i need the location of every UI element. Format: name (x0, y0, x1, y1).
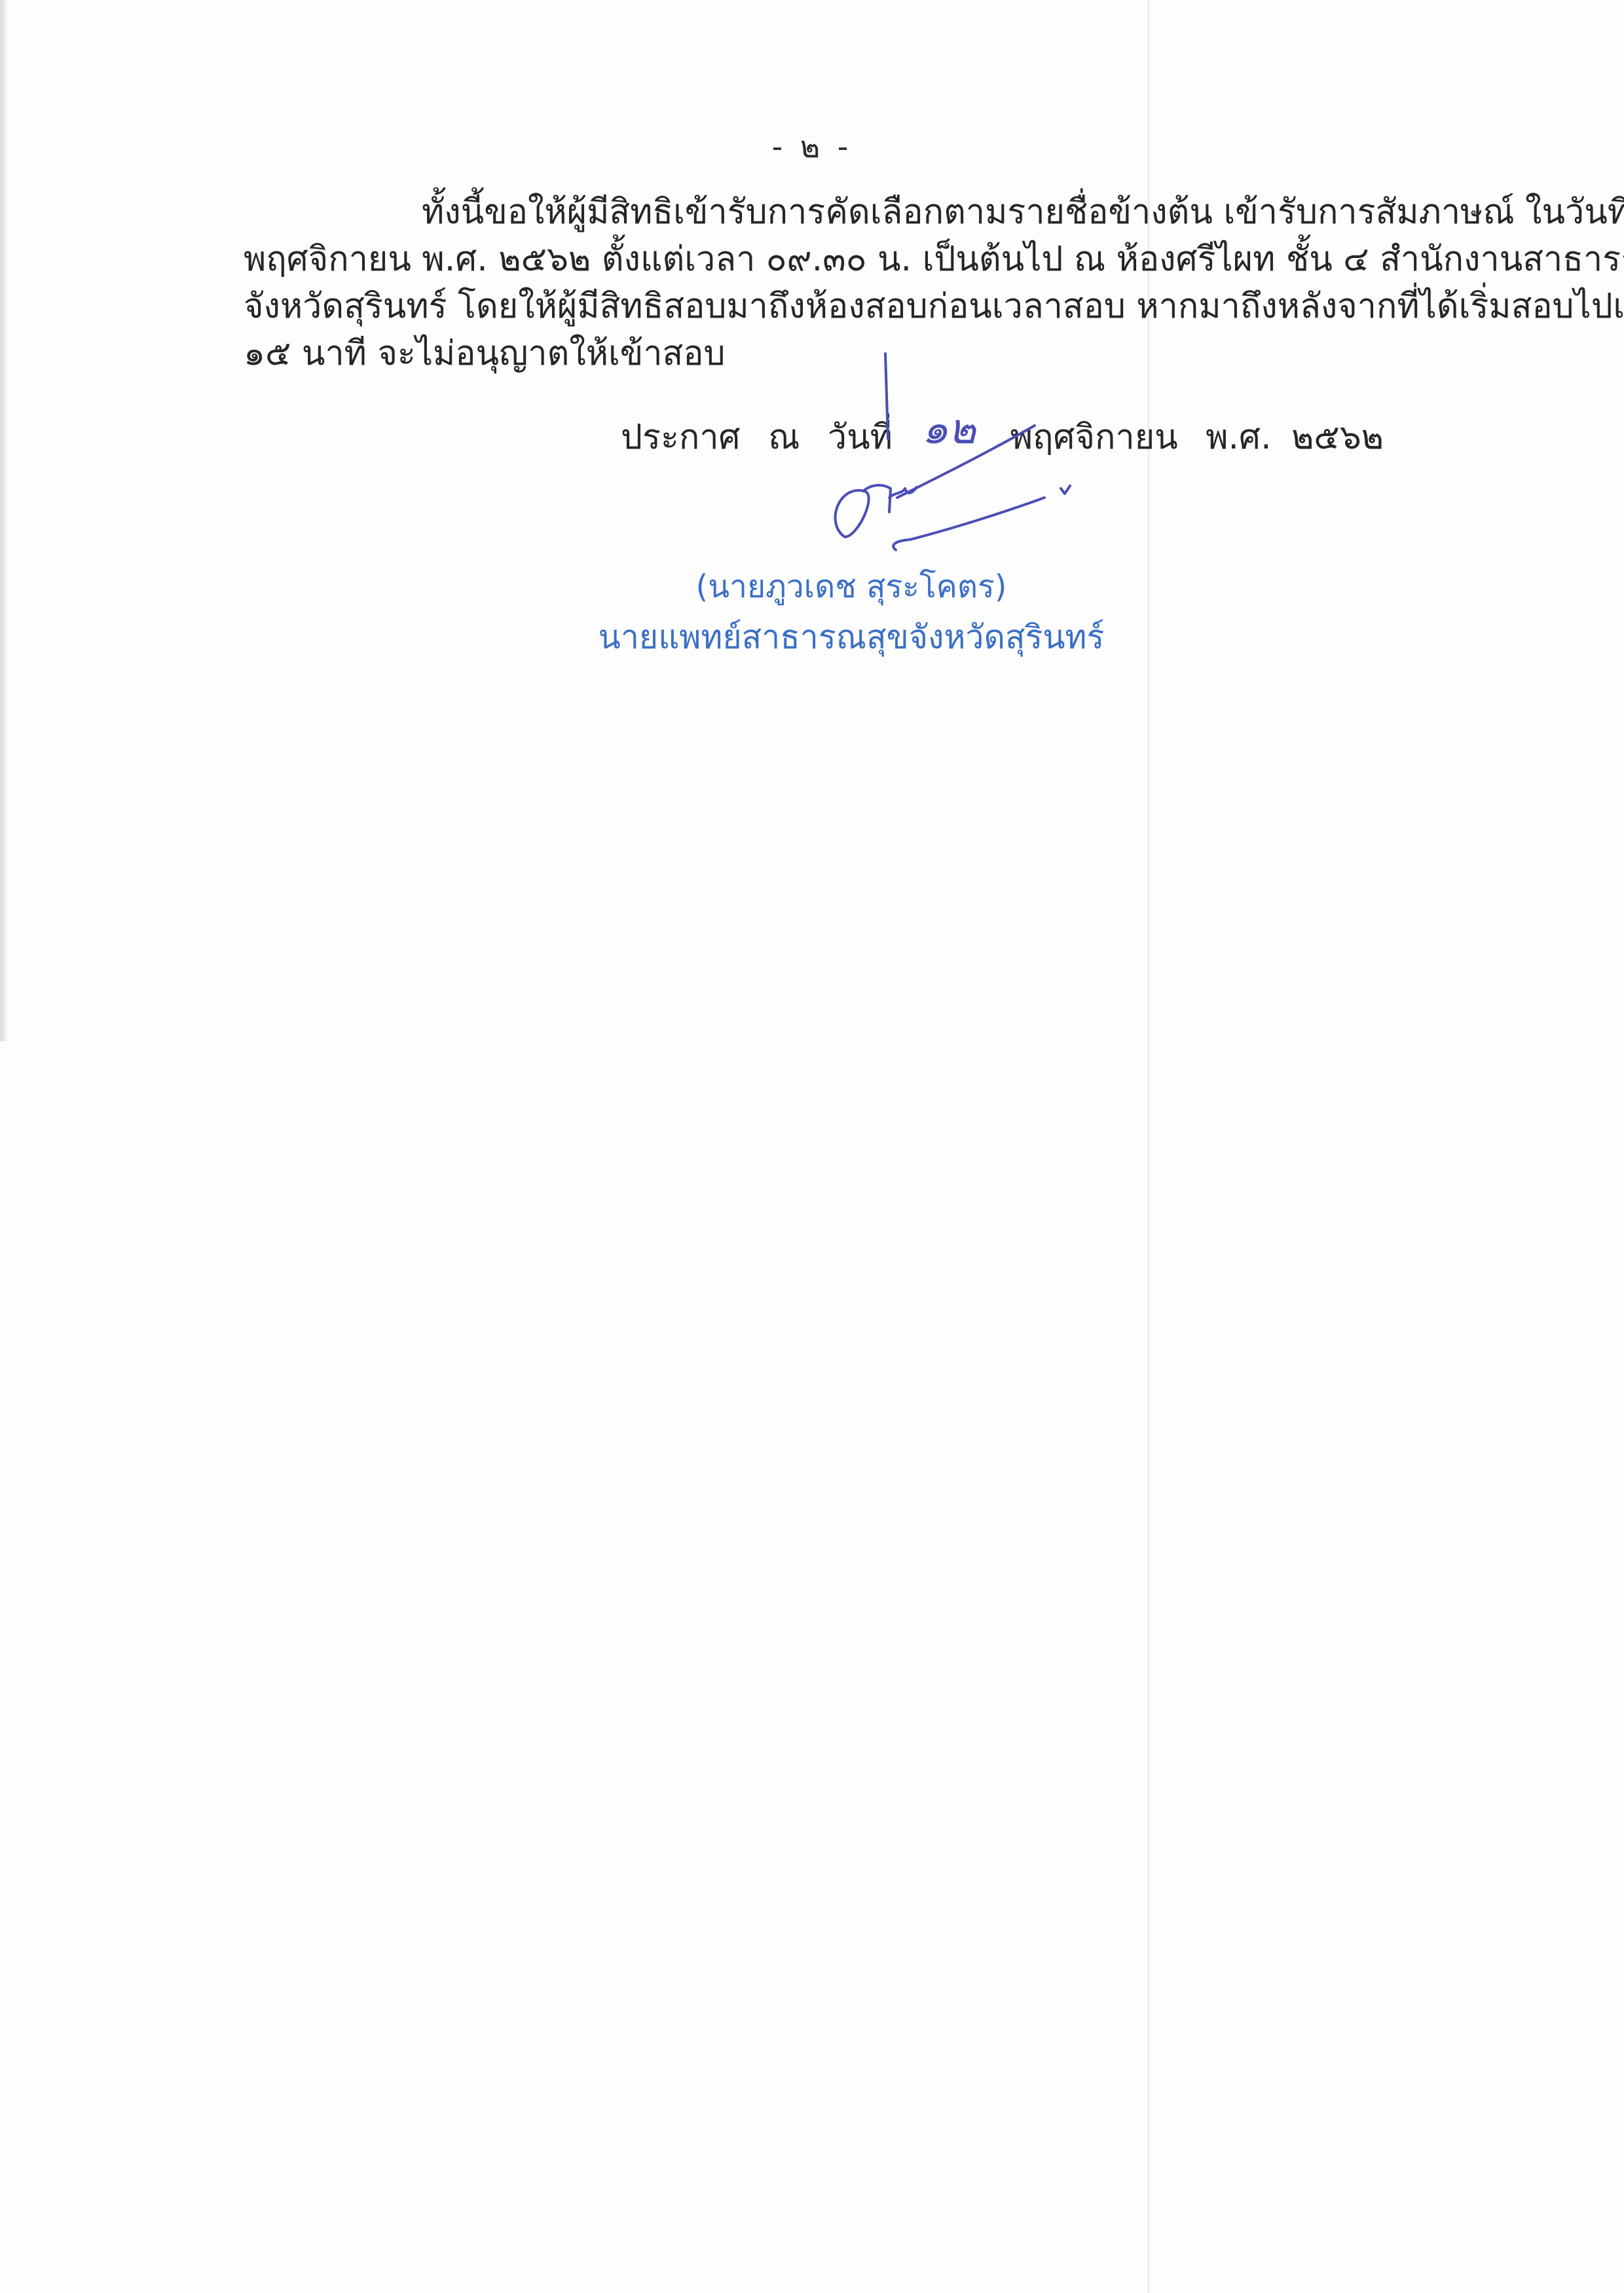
announcement-era: พ.ศ. (1206, 409, 1271, 464)
handwritten-signature-icon (819, 340, 1094, 563)
announcement-year: ๒๕๖๒ (1291, 409, 1384, 464)
body-line-3: จังหวัดสุรินทร์ โดยให้ผู้มีสิทธิสอบมาถึง… (244, 283, 1483, 330)
signer-title-text: นายแพทย์สาธารณสุขจังหวัดสุรินทร์ (599, 612, 1105, 663)
page-number: - ๒ - (0, 123, 1624, 171)
announcement-prefix: ประกาศ (621, 409, 741, 464)
signer-name: (นายภูวเดช สุระโคตร) (0, 562, 1624, 612)
body-line-1: ทั้งนี้ขอให้ผู้มีสิทธิเข้ารับการคัดเลือก… (244, 189, 1483, 236)
body-line-2: พฤศจิกายน พ.ศ. ๒๕๖๒ ตั้งแต่เวลา ๐๙.๓๐ น.… (244, 236, 1483, 283)
document-page: - ๒ - ทั้งนี้ขอให้ผู้มีสิทธิเข้ารับการคั… (0, 0, 1624, 2293)
signer-title: นายแพทย์สาธารณสุขจังหวัดสุรินทร์ (0, 612, 1624, 663)
signer-name-text: (นายภูวเดช สุระโคตร) (695, 562, 1006, 612)
announcement-at: ณ (768, 409, 800, 464)
